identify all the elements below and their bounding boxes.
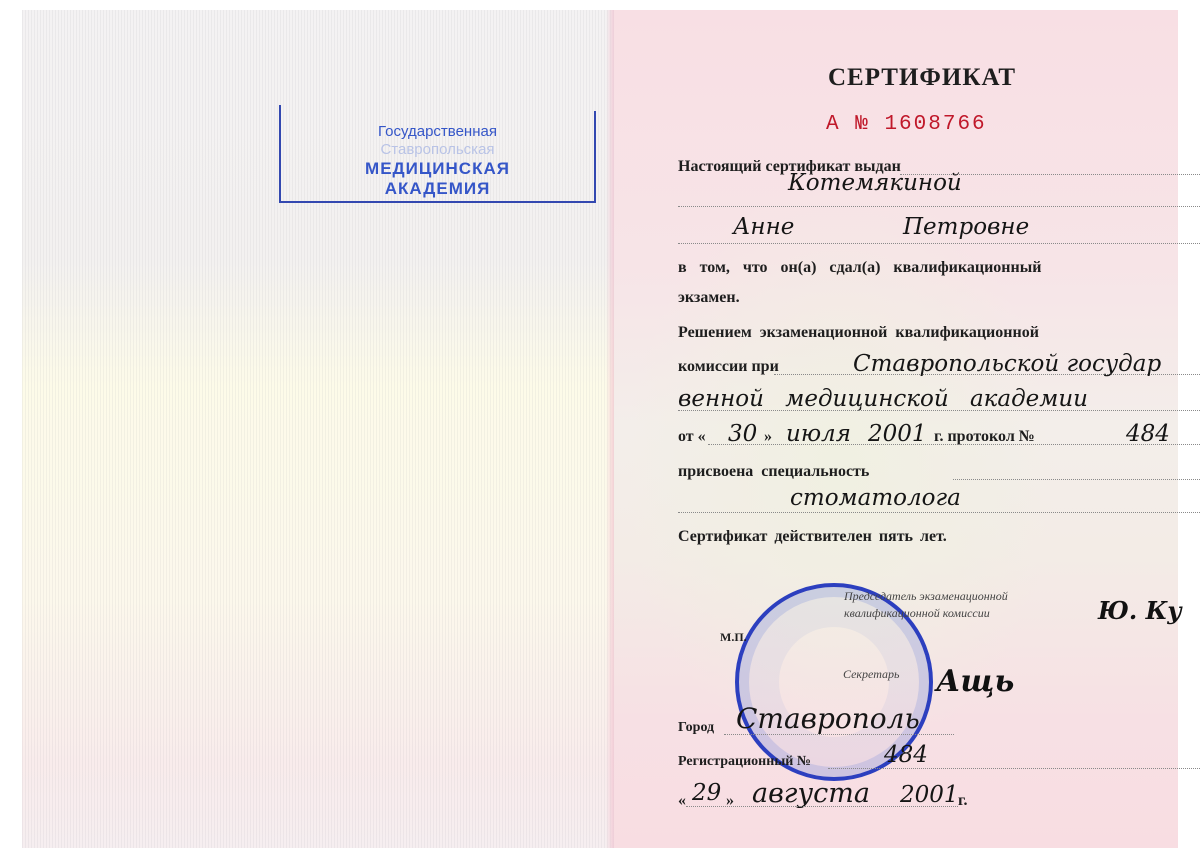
specialty-value: стоматолога <box>790 485 961 511</box>
seal-label: М.П. <box>720 630 747 645</box>
secretary-label: Секретарь <box>843 667 899 682</box>
stamp-line-2: Ставропольская <box>281 141 594 158</box>
holder-surname: Котемякиной <box>788 170 962 196</box>
left-page: Государственная Ставропольская МЕДИЦИНСК… <box>22 10 614 848</box>
certificate-number: 1608766 <box>884 113 986 136</box>
holder-first-name: Анне <box>733 214 794 240</box>
stamp-line-4: АКАДЕМИЯ <box>281 179 594 199</box>
from-label: от « <box>678 428 706 446</box>
institution-line-1: Ставропольской государ <box>853 351 1161 377</box>
issue-day: 29 <box>692 780 721 806</box>
institution-line-2: венной медицинской академии <box>678 386 1088 412</box>
chairman-label-1: Председатель экзаменационной <box>844 589 1008 604</box>
chairman-label-2: квалификационной комиссии <box>844 606 990 621</box>
academy-stamp: Государственная Ставропольская МЕДИЦИНСК… <box>279 111 596 203</box>
certificate-title: СЕРТИФИКАТ <box>828 64 1016 92</box>
city-label: Город <box>678 720 714 736</box>
city-value: Ставрополь <box>736 702 920 735</box>
reg-label: Регистрационный № <box>678 754 811 770</box>
number-sign: № <box>855 113 870 136</box>
stamp-line-1: Государственная <box>281 123 594 140</box>
stamp-line-3: МЕДИЦИНСКАЯ <box>281 159 594 179</box>
issue-quote-close: » <box>726 792 734 810</box>
certificate-serial: А № 1608766 <box>826 113 987 136</box>
holder-patronymic: Петровне <box>903 214 1029 240</box>
reg-number: 484 <box>884 742 928 768</box>
validity-text: Сертификат действителен пять лет. <box>678 528 947 546</box>
issue-month: августа <box>752 778 870 809</box>
issue-quote-open: « <box>678 792 686 810</box>
issue-year: 2001 <box>900 782 959 808</box>
exam-text-2: экзамен. <box>678 289 740 307</box>
issue-year-suffix: г. <box>958 792 967 810</box>
commission-label: комиссии при <box>678 358 779 376</box>
specialty-label: присвоена специальность <box>678 463 869 481</box>
chairman-signature: Ю. Ку <box>1098 596 1182 625</box>
exam-text-1: в том, что он(а) сдал(а) квалификационны… <box>678 259 1041 277</box>
decision-text: Решением экзаменационной квалификационно… <box>678 324 1039 342</box>
series: А <box>826 113 841 136</box>
secretary-signature: Ащь <box>936 664 1014 699</box>
